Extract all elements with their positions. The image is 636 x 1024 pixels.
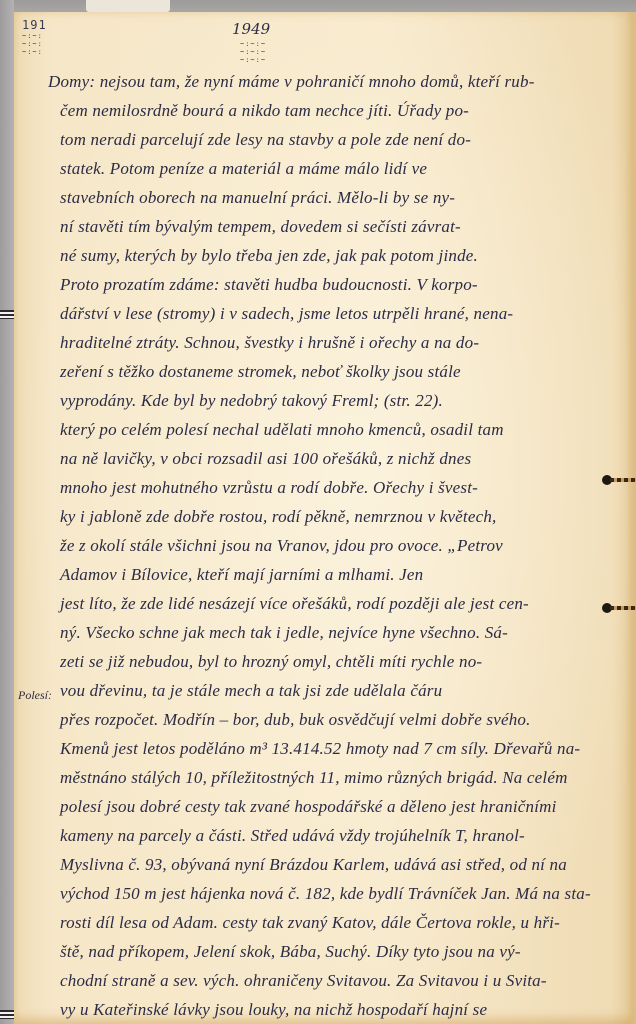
year-underline: ~:~:~ [240,40,266,48]
manuscript-page: 191 ~:~: ~:~: ~:~: 1949 ~:~:~ ~:~:~ ~:~:… [14,12,636,1024]
year-heading: 1949 [232,20,270,38]
margin-note-polesi: Polesí: [18,688,52,703]
binding-thread [610,478,636,482]
text-line: ště, nad příkopem, Jelení skok, Bába, Su… [60,942,616,962]
text-line: přes rozpočet. Modřín – bor, dub, buk os… [60,710,616,730]
binding-thread [610,606,636,610]
text-line: na ně lavičky, v obci rozsadil asi 100 o… [60,449,616,469]
text-line: městnáno stálých 10, příležitostných 11,… [60,768,616,788]
folio-underline: ~:~: [22,40,43,48]
text-line: Domy: nejsou tam, že nyní máme v pohrani… [48,72,604,92]
text-line: chodní straně a sev. vých. ohraničeny Sv… [60,971,616,991]
page-edge [628,12,636,1024]
text-line: rosti díl lesa od Adam. cesty tak zvaný … [60,913,616,933]
year-underline: ~:~:~ [240,56,266,64]
strip-marker [0,1010,14,1019]
text-line: vyprodány. Kde byl by nedobrý takový Fre… [60,391,616,411]
text-line: ní stavěti tím bývalým tempem, dovedem s… [60,217,616,237]
text-line: vou dřevinu, ta je stále mech a tak jsi … [60,681,616,701]
text-line: statek. Potom peníze a materiál a máme m… [60,159,616,179]
text-line: který po celém polesí nechal udělati mno… [60,420,616,440]
year-underline: ~:~:~ [240,48,266,56]
scan-backdrop-left [0,0,14,1024]
text-line: tom neradi parcelují zde lesy na stavby … [60,130,616,150]
folio-underline: ~:~: [22,48,43,56]
folio-number: 191 [22,18,47,32]
text-line: zeření s těžko dostaneme stromek, neboť … [60,362,616,382]
text-line: hraditelné ztráty. Schnou, švestky i hru… [60,333,616,353]
text-line: né sumy, kterých by bylo třeba jen zde, … [60,246,616,266]
text-line: čem nemilosrdně bourá a nikdo tam nechce… [60,101,616,121]
text-line: Adamov i Bílovice, kteří mají jarními a … [60,565,616,585]
text-line: jest líto, že zde lidé nesázejí více oře… [60,594,616,614]
folio-underline: ~:~: [22,32,43,40]
text-line: kameny na parcely a části. Střed udává v… [60,826,616,846]
text-line: mnoho jest mohutného vzrůstu a rodí dobř… [60,478,616,498]
text-line: zeti se již nebudou, byl to hrozný omyl,… [60,652,616,672]
text-line: Kmenů jest letos poděláno m³ 13.414.52 h… [60,739,616,759]
text-line: Myslivna č. 93, obývaná nyní Brázdou Kar… [60,855,616,875]
text-line: stavebních oborech na manuelní práci. Mě… [60,188,616,208]
scan-clip-tab [86,0,170,12]
text-line: že z okolí stále všichni jsou na Vranov,… [60,536,616,556]
text-line: polesí jsou dobré cesty tak zvané hospod… [60,797,616,817]
strip-marker [0,310,14,319]
text-line: Proto prozatím zdáme: stavěti hudba budo… [60,275,616,295]
text-line: ný. Všecko schne jak mech tak i jedle, n… [60,623,616,643]
text-line: vy u Kateřinské lávky jsou louky, na nic… [60,1000,616,1020]
text-line: dářství v lese (stromy) i v sadech, jsme… [60,304,616,324]
text-line: ky i jabloně zde dobře rostou, rodí pěkn… [60,507,616,527]
text-line: východ 150 m jest hájenka nová č. 182, k… [60,884,616,904]
